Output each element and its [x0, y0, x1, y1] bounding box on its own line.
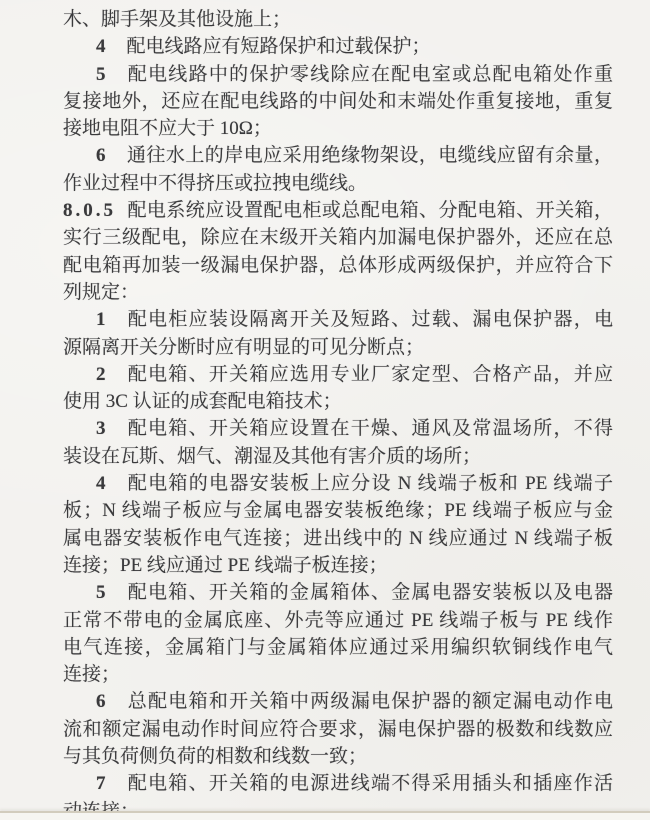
item-number: 1 — [96, 309, 106, 330]
line-text: 实行三级配电，除应在末级开关箱内加漏电保护器外，还应在总 — [63, 227, 613, 248]
line-text: 电气连接，金属箱门与金属箱体应通过采用编织软铜线作电气 — [63, 637, 613, 658]
list-item-line: 4配电箱的电器安装板上应分设 N 线端子板和 PE 线端子 — [63, 470, 613, 497]
text-line: 板；N 线端子板应与金属电器安装板绝缘；PE 线端子板应与金 — [63, 497, 613, 524]
item-number: 6 — [96, 691, 106, 712]
page-bottom-scan-edge — [0, 811, 650, 820]
line-text: 列规定： — [63, 282, 139, 303]
line-text: 配电线路中的保护零线除应在配电室或总配电箱处作重 — [127, 64, 614, 85]
text-line: 正常不带电的金属底座、外壳等应通过 PE 线端子板与 PE 线作 — [63, 607, 613, 634]
line-text: 与其负荷侧负荷的相数和线数一致； — [63, 746, 367, 767]
line-text: 配电箱、开关箱应设置在干燥、通风及常温场所，不得 — [127, 418, 614, 439]
item-number: 5 — [96, 582, 106, 603]
text-line: 实行三级配电，除应在末级开关箱内加漏电保护器外，还应在总 — [63, 224, 613, 251]
line-text: 流和额定漏电动作时间应符合要求，漏电保护器的极数和线数应 — [63, 719, 613, 740]
line-text: 配电柜应装设隔离开关及短路、过载、漏电保护器，电 — [127, 309, 614, 330]
line-text: 连接； — [63, 664, 120, 685]
line-text: 配电箱、开关箱的电源进线端不得采用插头和插座作活 — [127, 773, 614, 794]
list-item-line: 7配电箱、开关箱的电源进线端不得采用插头和插座作活 — [63, 770, 613, 797]
list-item-line: 1配电柜应装设隔离开关及短路、过载、漏电保护器，电 — [63, 306, 613, 333]
document-text-block: 木、脚手架及其他设施上；4配电线路应有短路保护和过载保护；5配电线路中的保护零线… — [63, 6, 613, 820]
text-line: 与其负荷侧负荷的相数和线数一致； — [63, 743, 613, 770]
list-item-line: 5配电线路中的保护零线除应在配电室或总配电箱处作重 — [63, 61, 613, 88]
line-text: 总配电箱和开关箱中两级漏电保护器的额定漏电动作电 — [127, 691, 614, 712]
line-text: 配电线路应有短路保护和过载保护； — [127, 36, 431, 57]
text-line: 装设在瓦斯、烟气、潮湿及其他有害介质的场所； — [63, 443, 613, 470]
item-number: 6 — [96, 145, 106, 166]
text-line: 流和额定漏电动作时间应符合要求，漏电保护器的极数和线数应 — [63, 716, 613, 743]
line-text: 接地电阻不应大于 10Ω； — [63, 118, 272, 139]
item-number: 5 — [96, 64, 106, 85]
text-line: 使用 3C 认证的成套配电箱技术； — [63, 388, 613, 415]
line-text: 配电箱再加装一级漏电保护器，总体形成两级保护，并应符合下 — [63, 255, 613, 276]
text-line: 复接地外，还应在配电线路的中间处和末端处作重复接地，重复 — [63, 88, 613, 115]
section-line: 8.0.5配电系统应设置配电柜或总配电箱、分配电箱、开关箱， — [63, 197, 613, 224]
item-number: 7 — [96, 773, 106, 794]
text-line: 连接； — [63, 661, 613, 688]
line-text: 装设在瓦斯、烟气、潮湿及其他有害介质的场所； — [63, 446, 481, 467]
line-text: 配电箱、开关箱应选用专业厂家定型、合格产品，并应 — [127, 364, 614, 385]
text-line: 配电箱再加装一级漏电保护器，总体形成两级保护，并应符合下 — [63, 252, 613, 279]
line-text: 使用 3C 认证的成套配电箱技术； — [63, 391, 342, 412]
list-item-line: 2配电箱、开关箱应选用专业厂家定型、合格产品，并应 — [63, 361, 613, 388]
list-item-line: 3配电箱、开关箱应设置在干燥、通风及常温场所，不得 — [63, 415, 613, 442]
text-line: 属电器安装板作电气连接；进出线中的 N 线应通过 N 线端子板 — [63, 525, 613, 552]
text-line: 作业过程中不得挤压或拉拽电缆线。 — [63, 170, 613, 197]
list-item-line: 4配电线路应有短路保护和过载保护； — [63, 33, 613, 60]
text-line: 列规定： — [63, 279, 613, 306]
scanned-document-page: 木、脚手架及其他设施上；4配电线路应有短路保护和过载保护；5配电线路中的保护零线… — [0, 0, 650, 820]
line-text: 木、脚手架及其他设施上； — [63, 9, 291, 30]
line-text: 源隔离开关分断时应有明显的可见分断点； — [63, 337, 424, 358]
line-text: 连接；PE 线应通过 PE 线端子板连接； — [63, 555, 388, 576]
list-item-line: 6通往水上的岸电应采用绝缘物架设，电缆线应留有余量， — [63, 142, 613, 169]
list-item-line: 6总配电箱和开关箱中两级漏电保护器的额定漏电动作电 — [63, 688, 613, 715]
item-number: 3 — [96, 418, 106, 439]
item-number: 4 — [96, 473, 106, 494]
text-line: 源隔离开关分断时应有明显的可见分断点； — [63, 334, 613, 361]
line-text: 属电器安装板作电气连接；进出线中的 N 线应通过 N 线端子板 — [63, 528, 613, 549]
line-text: 板；N 线端子板应与金属电器安装板绝缘；PE 线端子板应与金 — [63, 500, 613, 521]
section-number: 8.0.5 — [63, 200, 116, 221]
line-text: 作业过程中不得挤压或拉拽电缆线。 — [63, 173, 367, 194]
line-text: 配电箱、开关箱的金属箱体、金属电器安装板以及电器 — [127, 582, 614, 603]
line-text: 通往水上的岸电应采用绝缘物架设，电缆线应留有余量， — [127, 145, 614, 166]
line-text: 复接地外，还应在配电线路的中间处和末端处作重复接地，重复 — [63, 91, 613, 112]
text-line: 木、脚手架及其他设施上； — [63, 6, 613, 33]
text-line: 接地电阻不应大于 10Ω； — [63, 115, 613, 142]
line-text: 配电系统应设置配电柜或总配电箱、分配电箱、开关箱， — [127, 200, 613, 221]
list-item-line: 5配电箱、开关箱的金属箱体、金属电器安装板以及电器 — [63, 579, 613, 606]
text-line: 电气连接，金属箱门与金属箱体应通过采用编织软铜线作电气 — [63, 634, 613, 661]
line-text: 配电箱的电器安装板上应分设 N 线端子板和 PE 线端子 — [127, 473, 614, 494]
item-number: 4 — [96, 36, 106, 57]
line-text: 正常不带电的金属底座、外壳等应通过 PE 线端子板与 PE 线作 — [63, 610, 613, 631]
text-line: 连接；PE 线应通过 PE 线端子板连接； — [63, 552, 613, 579]
item-number: 2 — [96, 364, 106, 385]
